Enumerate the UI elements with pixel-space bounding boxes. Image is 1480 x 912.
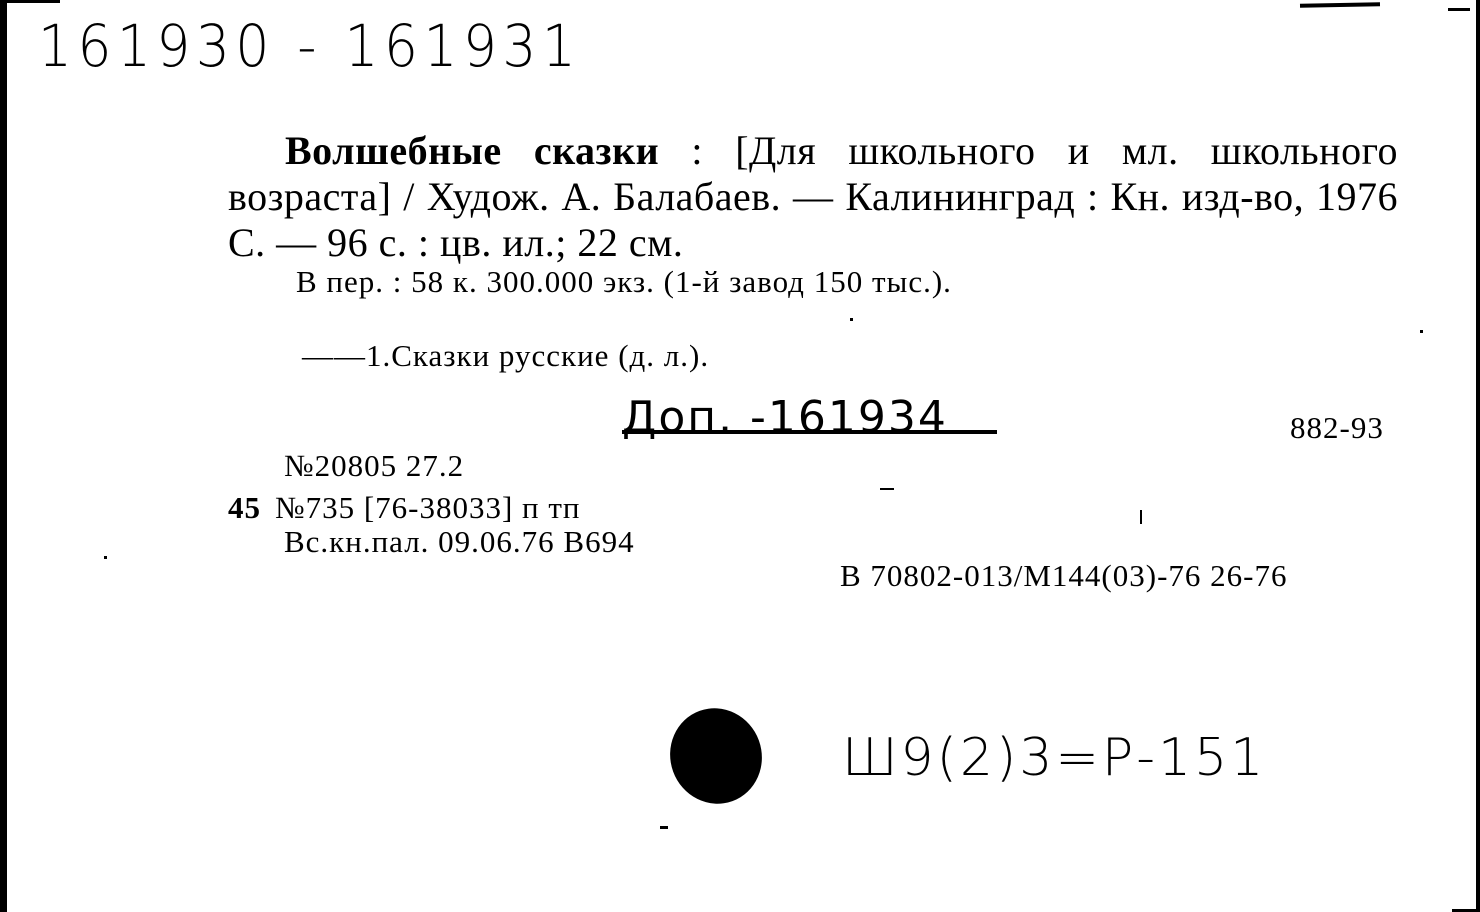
price-print-run: В пер. : 58 к. 300.000 экз. (1-й завод 1… xyxy=(296,264,952,300)
struck-note-text: Доп. -161934 xyxy=(622,392,948,443)
scan-speck xyxy=(850,318,853,321)
card-top-edge xyxy=(0,0,60,3)
handwritten-inventory-range: 161930 - 161931 xyxy=(38,12,581,80)
scan-speck xyxy=(1420,330,1423,333)
handwritten-struck-note: Доп. -161934 xyxy=(622,392,948,443)
book-title: Волшебные сказки xyxy=(285,128,659,173)
line-prefix: 45 xyxy=(228,490,261,525)
scan-speck xyxy=(1140,510,1142,524)
udc-code: 882-93 xyxy=(1290,410,1384,446)
card-top-edge-mark xyxy=(1448,8,1470,11)
scan-speck xyxy=(880,488,894,490)
order-number: №20805 27.2 xyxy=(284,448,464,484)
handwritten-shelfmark: Ш9(2)3=Р-151 xyxy=(842,728,1266,788)
bibliographic-description: Волшебные сказки : [Для школьного и мл. … xyxy=(228,128,1398,266)
punch-hole xyxy=(657,695,776,816)
order-details-line: 45№735 [76-38033] п тп xyxy=(228,490,581,526)
card-left-edge xyxy=(0,2,7,912)
subject-heading: ——1.Сказки русские (д. л.). xyxy=(302,338,709,374)
catalog-card: 161930 - 161931 Волшебные сказки : [Для … xyxy=(0,0,1480,912)
book-chamber-record: Вс.кн.пал. 09.06.76 В694 xyxy=(284,524,635,560)
scan-speck xyxy=(660,826,668,829)
scan-speck xyxy=(104,556,107,559)
card-top-edge-mark xyxy=(1300,2,1380,7)
strikethrough-line xyxy=(622,430,997,434)
order-details: №735 [76-38033] п тп xyxy=(275,490,581,525)
card-right-edge xyxy=(1476,0,1480,912)
publisher-code: В 70802-013/М144(03)-76 26-76 xyxy=(840,558,1287,594)
